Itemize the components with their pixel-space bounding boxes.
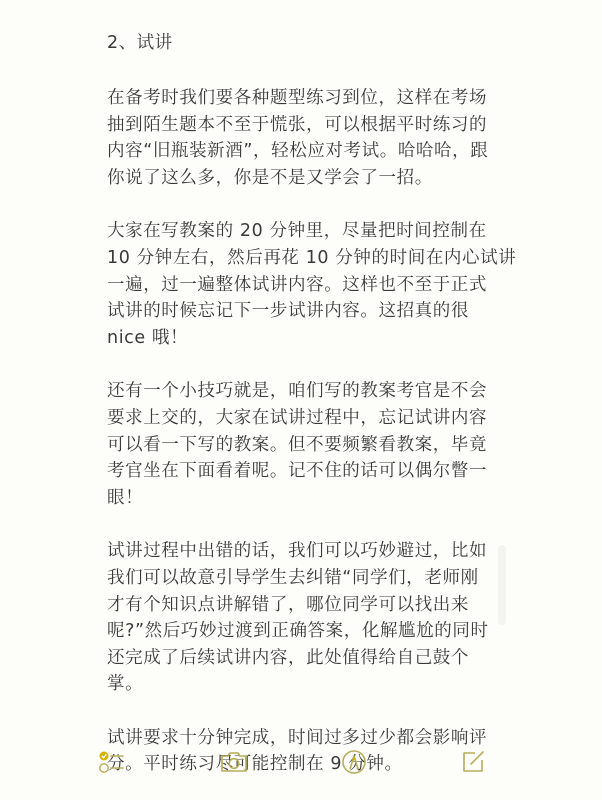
text-line: 内容“旧瓶装新酒”，轻松应对考试。哈哈哈，跟 [107,138,497,165]
camera-button[interactable] [218,746,250,778]
text-line: 我们可以故意引导学生去纠错“同学们，老师刚 [107,565,497,592]
text-line: 在备考时我们要各种题型练习到位，这样在考场 [107,85,497,112]
note-heading: 2、试讲 [107,28,497,58]
paragraph-1: 在备考时我们要各种题型练习到位，这样在考场 抽到陌生题本不至于慌张，可以根据平时… [107,85,497,191]
paragraph-2: 大家在写教案的 20 分钟里，尽量把时间控制在 10 分钟左右，然后再花 10 … [107,218,497,351]
text-line: nice 哦！ [107,325,497,352]
text-line: 试讲过程中出错的话，我们可以巧妙避过，比如 [107,538,497,565]
text-line: 还有一个小技巧就是，咱们写的教案考官是不会 [107,378,497,405]
checklist-button[interactable] [97,746,129,778]
markup-pen-icon [340,748,368,776]
text-line: 掌。 [107,671,497,698]
text-line: 试讲的时候忘记下一步试讲内容。这招真的很 [107,298,497,325]
text-line: 还完成了后续试讲内容，此处值得给自己鼓个 [107,645,497,672]
text-line: 考官坐在下面看着呢。记不住的话可以偶尔瞥一 [107,458,497,485]
paragraph-4: 试讲过程中出错的话，我们可以巧妙避过，比如 我们可以故意引导学生去纠错“同学们，… [107,538,497,698]
text-line: 一遍，过一遍整体试讲内容。这样也不至于正式 [107,272,497,299]
camera-icon [219,749,249,775]
scroll-indicator[interactable] [498,545,506,625]
text-line: 眼！ [107,485,497,512]
text-line: 你说了这么多，你是不是又学会了一招。 [107,165,497,192]
text-line: 抽到陌生题本不至于慌张，可以根据平时练习的 [107,112,497,139]
text-line: 10 分钟左右，然后再花 10 分钟的时间在内心试讲 [107,245,497,272]
text-line: 呢?”然后巧妙过渡到正确答案，化解尴尬的同时 [107,618,497,645]
compose-icon [459,748,487,776]
text-line: 要求上交的，大家在试讲过程中，忘记试讲内容 [107,405,497,432]
text-line: 才有个知识点讲解错了，哪位同学可以找出来 [107,592,497,619]
paragraph-3: 还有一个小技巧就是，咱们写的教案考官是不会 要求上交的，大家在试讲过程中，忘记试… [107,378,497,511]
markup-button[interactable] [338,746,370,778]
text-line: 可以看一下写的教案。但不要频繁看教案，毕竟 [107,432,497,459]
compose-button[interactable] [457,746,489,778]
note-body[interactable]: 2、试讲 在备考时我们要各种题型练习到位，这样在考场 抽到陌生题本不至于慌张，可… [107,28,497,800]
bottom-toolbar [0,740,602,784]
text-line: 大家在写教案的 20 分钟里，尽量把时间控制在 [107,218,497,245]
checklist-icon [98,749,128,775]
